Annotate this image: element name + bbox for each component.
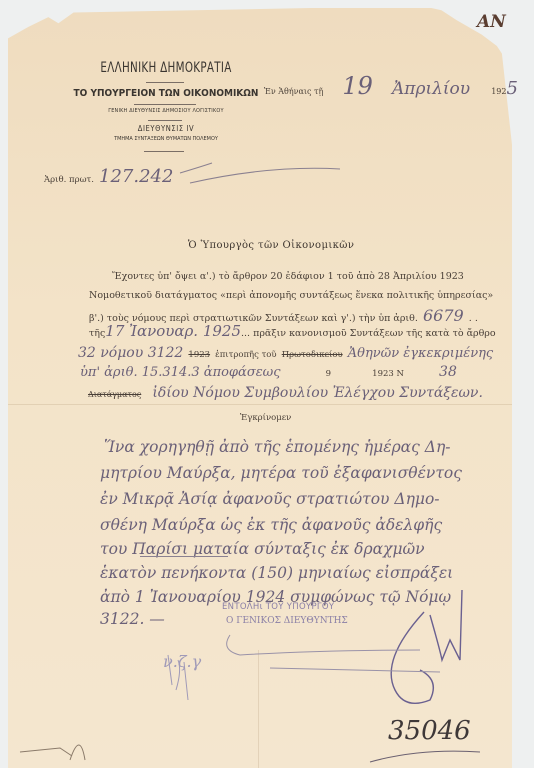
bottom-file-number: 35046 <box>388 716 471 746</box>
initials-left: ν.ζ.γ <box>163 652 201 671</box>
signature-scribbles <box>0 0 534 768</box>
